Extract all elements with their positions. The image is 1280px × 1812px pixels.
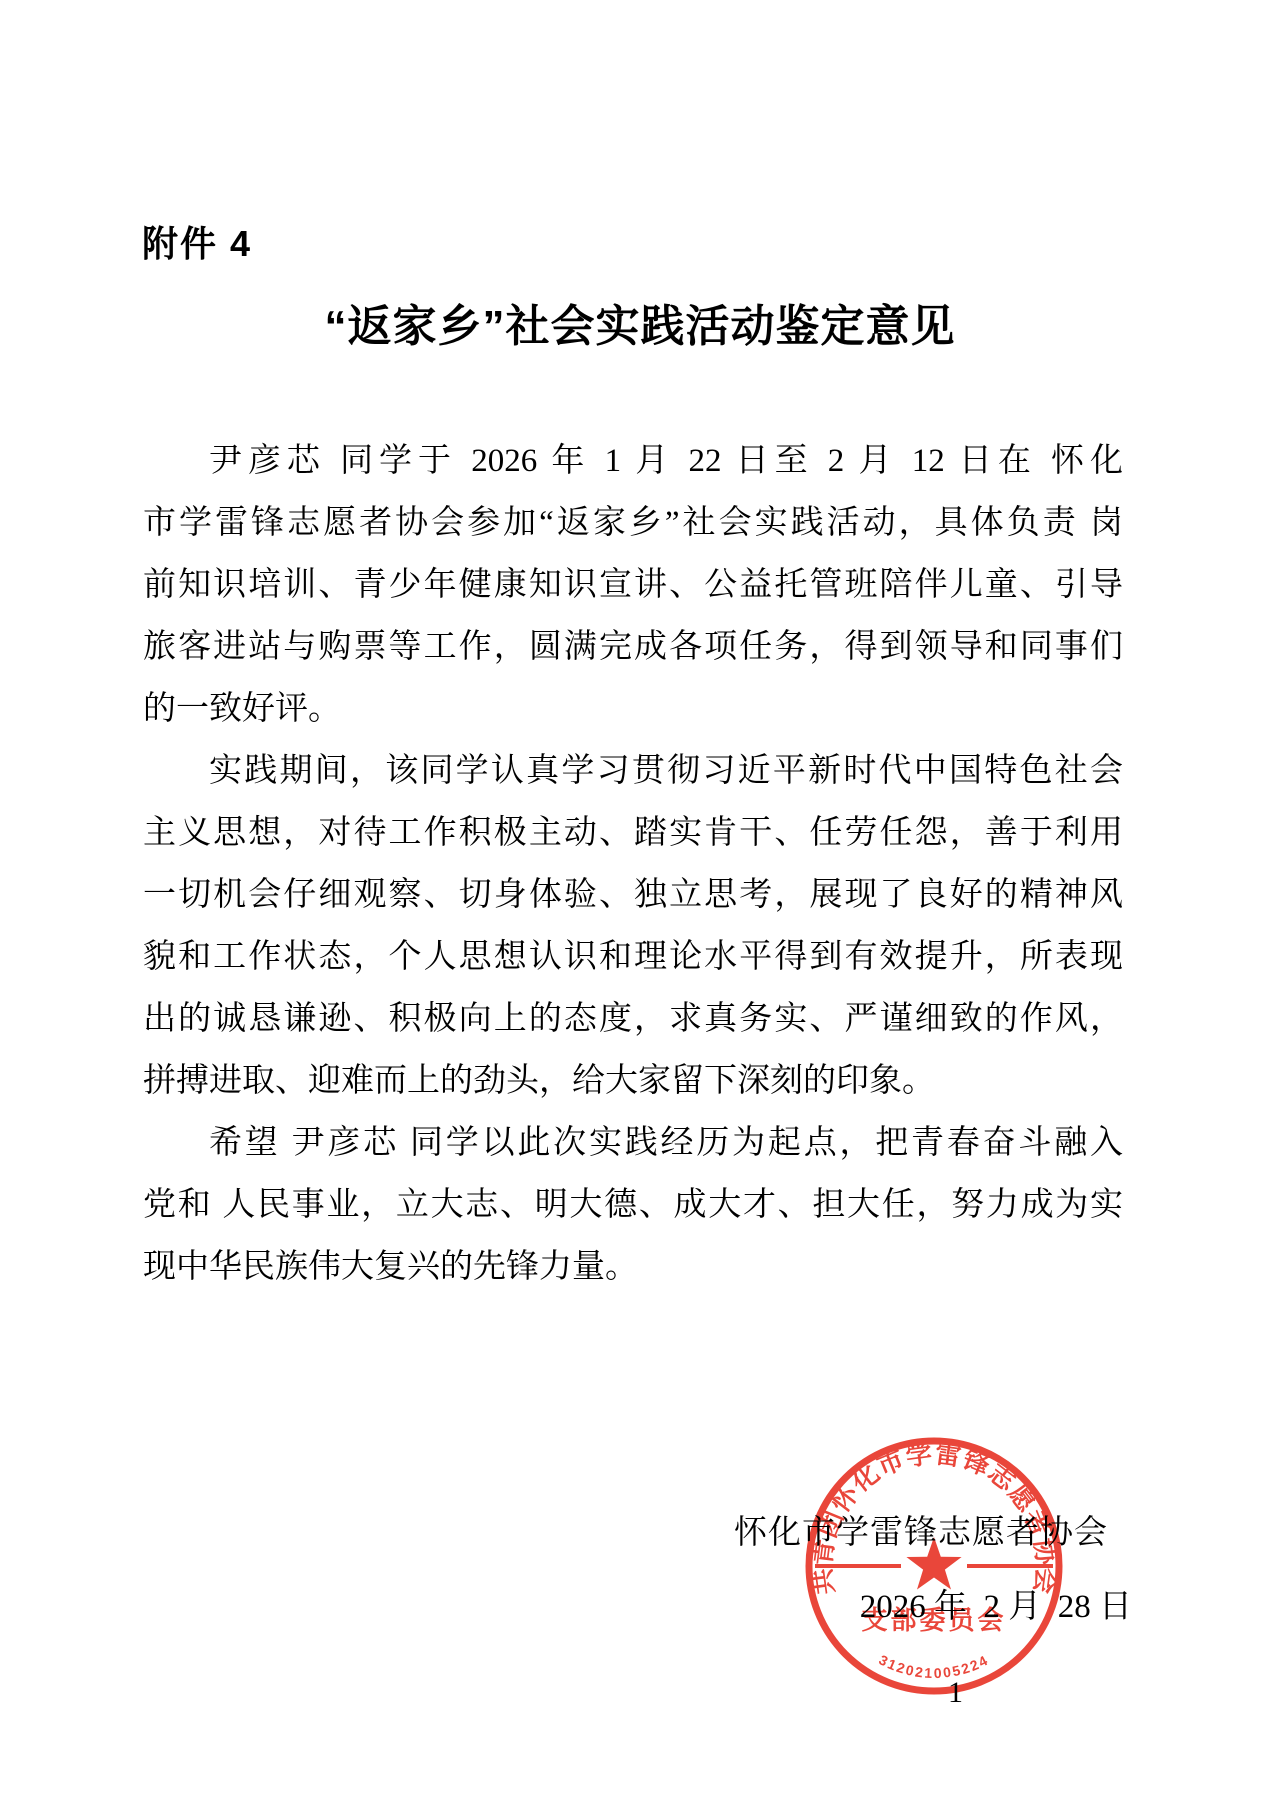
body-line: 貌和工作状态，个人思想认识和理论水平得到有效提升，所表现 bbox=[143, 926, 1123, 988]
red-star-icon bbox=[906, 1537, 961, 1590]
official-seal: 共青团怀化市学雷锋志愿者协会 支部委员会 43120210052248 bbox=[800, 1432, 1068, 1700]
body-line: 希望 尹彦芯 同学以此次实践经历为起点，把青春奋斗融入 bbox=[143, 1112, 1123, 1174]
body-line: 的一致好评。 bbox=[143, 678, 1123, 740]
body-line: 实践期间，该同学认真学习贯彻习近平新时代中国特色社会 bbox=[143, 740, 1123, 802]
body-line: 市学雷锋志愿者协会参加“返家乡”社会实践活动，具体负责 岗 bbox=[143, 492, 1123, 554]
attachment-label: 附件 4 bbox=[142, 216, 252, 267]
body-line: 拼搏进取、迎难而上的劲头，给大家留下深刻的印象。 bbox=[143, 1050, 1123, 1112]
body-line: 出的诚恳谦逊、积极向上的态度，求真务实、严谨细致的作风， bbox=[143, 988, 1123, 1050]
page-title: “返家乡”社会实践活动鉴定意见 bbox=[0, 290, 1280, 354]
body-line: 尹彦芯 同学于 2026 年 1 月 22 日至 2 月 12 日在 怀化 bbox=[143, 430, 1123, 492]
body-line: 一切机会仔细观察、切身体验、独立思考，展现了良好的精神风 bbox=[143, 864, 1123, 926]
body-line: 旅客进站与购票等工作，圆满完成各项任务，得到领导和同事们 bbox=[143, 616, 1123, 678]
seal-banner-text: 支部委员会 bbox=[861, 1605, 1006, 1635]
body-line: 主义思想，对待工作积极主动、踏实肯干、任劳任怨，善于利用 bbox=[143, 802, 1123, 864]
body-line: 党和 人民事业，立大志、明大德、成大才、担大任，努力成为实 bbox=[143, 1174, 1123, 1236]
body-line: 前知识培训、青少年健康知识宣讲、公益托管班陪伴儿童、引导 bbox=[143, 554, 1123, 616]
body-line: 现中华民族伟大复兴的先锋力量。 bbox=[143, 1236, 1123, 1298]
document-page: 附件 4 “返家乡”社会实践活动鉴定意见 尹彦芯 同学于 2026 年 1 月 … bbox=[0, 0, 1280, 1812]
document-body: 尹彦芯 同学于 2026 年 1 月 22 日至 2 月 12 日在 怀化 市学… bbox=[143, 430, 1123, 1298]
